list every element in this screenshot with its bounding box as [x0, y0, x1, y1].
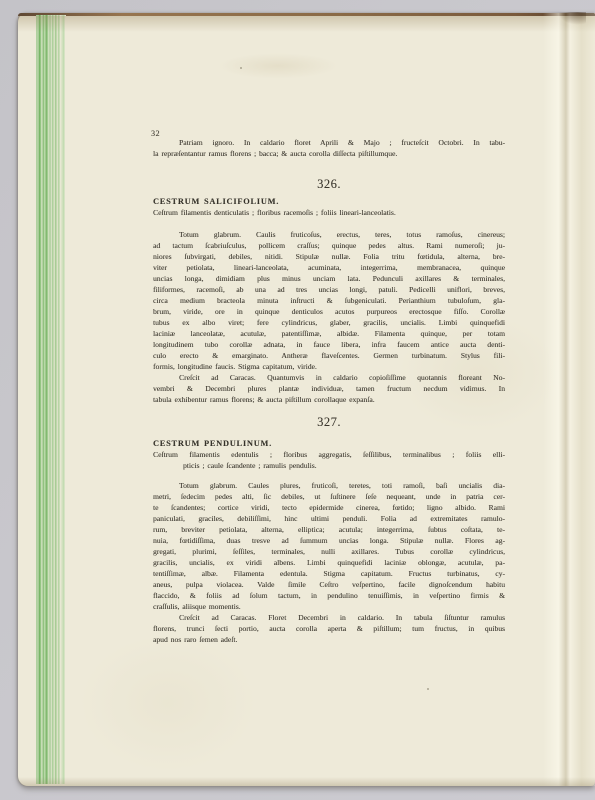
text-column: Patriam ignoro. In caldario floret April…	[153, 137, 505, 645]
text-line: metri, ſedecim pedes alti, ſic debiles, …	[153, 491, 505, 502]
book-spine	[18, 13, 36, 786]
entry-326: 326. CESTRUM SALICIFOLIUM. Ceſtrum filam…	[153, 176, 505, 405]
text-line: ad tactum ſcabriuſculus, pollicem craſſu…	[153, 240, 505, 251]
text-line: vembri & Decembri plures plantæ individu…	[153, 383, 505, 394]
text-line: Totum glabrum. Caules plures, fruticoſi,…	[153, 480, 505, 491]
top-edge-shadow	[18, 16, 595, 32]
text-line: filiformes, racemoſi, ab una ad tres unc…	[153, 284, 505, 295]
bottom-edge-shadow	[18, 777, 595, 786]
text-line: Patriam ignoro. In caldario floret April…	[153, 137, 505, 148]
text-line: florens, trunci ſecti portio, aucta coro…	[153, 623, 505, 634]
text-line: craſſulis, aliisque momentis.	[153, 601, 505, 612]
species-diagnosis: Ceſtrum filamentis edentulis ; floribus …	[153, 449, 505, 471]
text-line: aneus, pulpa violacea. Valde ſimile Ceſt…	[153, 579, 505, 590]
text-line: Creſcit ad Caracas. Quantumvis in caldar…	[153, 372, 505, 383]
text-line: niores ſubvirgati, debiles, nitidi. Stip…	[153, 251, 505, 262]
paper-stain	[218, 53, 338, 79]
text-line: Totum glabrum. Caulis fruticoſus, erectu…	[153, 229, 505, 240]
scan-background: 32 Patriam ignoro. In caldario floret Ap…	[0, 0, 595, 800]
text-line: Ceſtrum filamentis denticulatis ; florib…	[153, 207, 505, 218]
species-diagnosis: Ceſtrum filamentis denticulatis ; florib…	[153, 207, 505, 218]
text-line: circa medium bracteola minuta inſtructi …	[153, 295, 505, 306]
text-line: tubus ex albo viret; fere cylindricus, g…	[153, 317, 505, 328]
book-page: 32 Patriam ignoro. In caldario floret Ap…	[18, 13, 595, 786]
top-right-corner-smudge	[558, 12, 586, 25]
text-line: uncias longa, dimidiam plus minus unciam…	[153, 273, 505, 284]
text-line: nuia, fœtidiſſima, duas tresve ad ſummum…	[153, 535, 505, 546]
species-heading: CESTRUM SALICIFOLIUM.	[153, 196, 505, 207]
entry-number: 327.	[153, 414, 505, 430]
text-line: laciniæ lanceolatæ, acutulæ, patentiſſim…	[153, 328, 505, 339]
text-line: culo erecto & emarginato. Antheræ flaveſ…	[153, 350, 505, 361]
species-heading: CESTRUM PENDULINUM.	[153, 438, 505, 449]
text-line: Ceſtrum filamentis edentulis ; floribus …	[153, 449, 505, 460]
text-line: tentiſſimæ, albæ. Filamenta edentula. St…	[153, 568, 505, 579]
page-fold-right	[543, 13, 595, 786]
text-line: longitudinem tubo corollæ adnata, in fau…	[153, 339, 505, 350]
species-description: Totum glabrum. Caulis fruticoſus, erectu…	[153, 229, 505, 372]
text-line: apud nos raro ſemen adeſt.	[153, 634, 505, 645]
paper-fleck	[427, 688, 429, 690]
text-line: pticis ; caule ſcandente ; ramulis pendu…	[153, 460, 505, 471]
text-line: paniculati, graciles, debiliſſimi, hinc …	[153, 513, 505, 524]
entry-327: 327. CESTRUM PENDULINUM. Ceſtrum filamen…	[153, 414, 505, 645]
habitat-note: Creſcit ad Caracas. Floret Decembri in c…	[153, 612, 505, 645]
entry-number: 326.	[153, 176, 505, 192]
text-line: la repræſentantur ramus florens ; bacca;…	[153, 148, 505, 159]
text-line: rum, breviter petiolata, alterna, ellipt…	[153, 524, 505, 535]
text-line: formis, longitudine faucis. Stigma capit…	[153, 361, 505, 372]
text-line: brum, viride, ore in quinque denticulos …	[153, 306, 505, 317]
habitat-note: Creſcit ad Caracas. Quantumvis in caldar…	[153, 372, 505, 405]
paper-fleck	[240, 67, 242, 69]
text-line: flaccido, & foliis ad ſolum tactum, in p…	[153, 590, 505, 601]
page-edge-stripes	[36, 15, 66, 784]
intro-paragraph: Patriam ignoro. In caldario floret April…	[153, 137, 505, 159]
text-line: gracilis, uncialis, ex viridi albens. Li…	[153, 557, 505, 568]
text-line: tabula exhibentur ramus florens; & aucta…	[153, 394, 505, 405]
text-line: Creſcit ad Caracas. Floret Decembri in c…	[153, 612, 505, 623]
text-line: viter petiolata, lineari-lanceolata, acu…	[153, 262, 505, 273]
species-description: Totum glabrum. Caules plures, fruticoſi,…	[153, 480, 505, 612]
text-line: te ſcandentes; cortice viridi, tecto epi…	[153, 502, 505, 513]
text-line: gregati, plurimi, ſeſſiles, terminales, …	[153, 546, 505, 557]
paper-stain	[78, 633, 258, 773]
